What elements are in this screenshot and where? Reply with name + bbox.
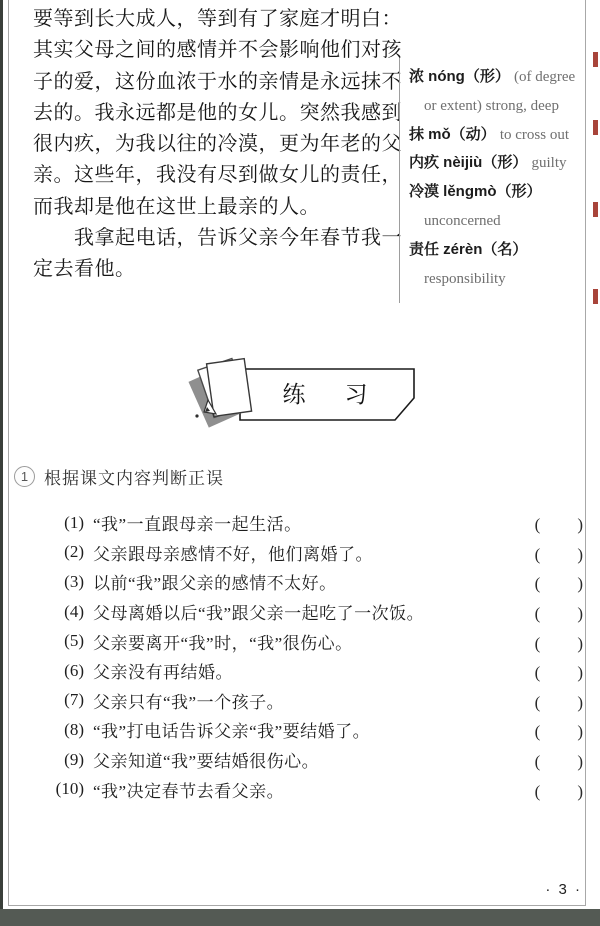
vocab-headword: 责任 zérèn（名） — [409, 241, 527, 258]
question-text: 以前“我”跟父亲的感情不太好。 — [93, 569, 337, 594]
answer-blank: ( ) — [535, 658, 586, 683]
vocab-headword: 内疚 nèijiù（形） — [409, 154, 527, 171]
bottom-edge-bar — [0, 909, 600, 926]
answer-blank: ( ) — [535, 717, 586, 742]
page-number: · 3 · — [545, 881, 582, 898]
passage-line: 很内疚，为我以往的冷漠，更为年老的父 — [33, 129, 399, 160]
question-text: “我”打电话告诉父亲“我”要结婚了。 — [93, 717, 370, 742]
vocab-entry: 冷漠 lěngmò（形） unconcerned — [409, 178, 589, 236]
question-row: (1) “我”一直跟母亲一起生活。 ( ) — [44, 508, 586, 538]
question-text: 父亲知道“我”要结婚很伤心。 — [93, 747, 319, 772]
exercise-number-badge: 1 — [14, 466, 35, 487]
question-number: (9) — [44, 750, 84, 770]
edge-mark — [593, 52, 598, 67]
vocab-headword: 抹 mǒ（动） — [409, 126, 496, 143]
passage-line: 定去看他。 — [33, 254, 399, 285]
left-edge-bar — [0, 0, 3, 926]
edge-mark — [593, 289, 598, 304]
question-number: (2) — [44, 542, 84, 562]
answer-blank: ( ) — [535, 629, 586, 654]
question-number: (7) — [44, 690, 84, 710]
vocab-headword: 冷漠 lěngmò（形） — [409, 183, 542, 200]
question-row: (3) 以前“我”跟父亲的感情不太好。 ( ) — [44, 567, 586, 597]
question-row: (6) 父亲没有再结婚。 ( ) — [44, 656, 586, 686]
question-row: (8) “我”打电话告诉父亲“我”要结婚了。 ( ) — [44, 715, 586, 745]
question-list: (1) “我”一直跟母亲一起生活。 ( ) (2) 父亲跟母亲感情不好，他们离婚… — [44, 508, 586, 804]
question-row: (7) 父亲只有“我”一个孩子。 ( ) — [44, 686, 586, 716]
vocab-headword: 浓 nóng（形） — [409, 68, 510, 85]
passage-line: 亲。这些年，我没有尽到做女儿的责任， — [33, 160, 399, 191]
question-text: 父亲没有再结婚。 — [93, 658, 233, 683]
question-text: “我”决定春节去看父亲。 — [93, 777, 284, 802]
answer-blank: ( ) — [535, 540, 586, 565]
question-number: (1) — [44, 513, 84, 533]
exercise-banner: 练 习 — [183, 354, 435, 432]
passage-line: 去的。我永远都是他的女儿。突然我感到 — [33, 98, 399, 129]
answer-blank: ( ) — [535, 569, 586, 594]
question-row: (9) 父亲知道“我”要结婚很伤心。 ( ) — [44, 745, 586, 775]
vocab-gloss: to cross out — [500, 127, 569, 143]
question-text: “我”一直跟母亲一起生活。 — [93, 510, 302, 535]
question-row: (4) 父母离婚以后“我”跟父亲一起吃了一次饭。 ( ) — [44, 597, 586, 627]
question-text: 父母离婚以后“我”跟父亲一起吃了一次饭。 — [93, 599, 424, 624]
exercise-title: 根据课文内容判断正误 — [44, 464, 224, 489]
vocab-entry: 抹 mǒ（动） to cross out — [409, 121, 589, 150]
passage-line: 要等到长大成人，等到有了家庭才明白： — [33, 4, 399, 35]
vocab-list: 浓 nóng（形） (of degree or extent) strong, … — [409, 63, 589, 293]
answer-blank: ( ) — [535, 747, 586, 772]
question-number: (10) — [44, 779, 84, 799]
answer-blank: ( ) — [535, 510, 586, 535]
question-text: 父亲只有“我”一个孩子。 — [93, 688, 284, 713]
reading-passage: 要等到长大成人，等到有了家庭才明白： 其实父母之间的感情并不会影响他们对孩 子的… — [33, 4, 399, 286]
edge-mark — [593, 120, 598, 135]
question-number: (3) — [44, 572, 84, 592]
vocab-gloss: unconcerned — [424, 213, 501, 229]
banner-title: 练 习 — [283, 382, 376, 407]
answer-blank: ( ) — [535, 688, 586, 713]
question-row: (2) 父亲跟母亲感情不好，他们离婚了。 ( ) — [44, 538, 586, 568]
vocab-gloss: guilty — [532, 155, 567, 171]
question-number: (8) — [44, 720, 84, 740]
passage-line: 子的爱，这份血浓于水的亲情是永远抹不 — [33, 67, 399, 98]
passage-line: 我拿起电话，告诉父亲今年春节我一 — [33, 223, 399, 254]
vocab-entry: 责任 zérèn（名） responsibility — [409, 236, 589, 294]
question-row: (10) “我”决定春节去看父亲。 ( ) — [44, 774, 586, 804]
edge-mark — [593, 202, 598, 217]
exercise-heading: 1 根据课文内容判断正误 — [14, 464, 224, 489]
answer-blank: ( ) — [535, 599, 586, 624]
question-text: 父亲要离开“我”时，“我”很伤心。 — [93, 629, 353, 654]
vocab-entry: 浓 nóng（形） (of degree or extent) strong, … — [409, 63, 589, 121]
vocab-divider-line — [399, 58, 400, 303]
question-number: (6) — [44, 661, 84, 681]
passage-line: 其实父母之间的感情并不会影响他们对孩 — [33, 35, 399, 66]
vocab-entry: 内疚 nèijiù（形） guilty — [409, 149, 589, 178]
vocab-gloss: responsibility — [424, 271, 506, 287]
question-number: (4) — [44, 602, 84, 622]
question-text: 父亲跟母亲感情不好，他们离婚了。 — [93, 540, 373, 565]
question-number: (5) — [44, 631, 84, 651]
question-row: (5) 父亲要离开“我”时，“我”很伤心。 ( ) — [44, 626, 586, 656]
answer-blank: ( ) — [535, 777, 586, 802]
passage-line: 而我却是他在这世上最亲的人。 — [33, 192, 399, 223]
